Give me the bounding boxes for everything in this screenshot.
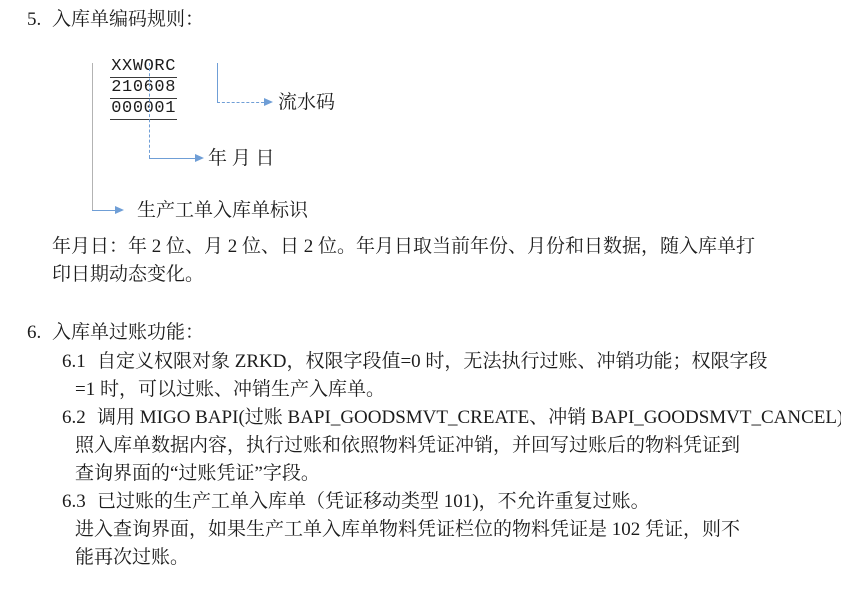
date-arrow-icon (195, 154, 204, 162)
section6-number: 6. (27, 322, 41, 344)
section6-title: 入库单过账功能： (52, 322, 204, 344)
item-6-2-line3: 查询界面的“过账凭证”字段。 (75, 463, 320, 485)
item-6-1-number: 6.1 (62, 351, 86, 373)
section5-title: 入库单编码规则： (52, 9, 204, 31)
item-6-2-line2: 照入库单数据内容，执行过账和依照物料凭证冲销，并回写过账后的物料凭证到 (75, 435, 740, 457)
serial-arrow-icon (264, 98, 273, 106)
item-6-3-number: 6.3 (62, 491, 86, 513)
item-6-1-line1: 自定义权限对象 ZRKD，权限字段值=0 时，无法执行过账、冲销功能；权限字段 (97, 351, 767, 373)
item-6-2-number: 6.2 (62, 407, 86, 429)
section5-number: 5. (27, 9, 41, 31)
date-note-line1: 年月日：年 2 位、月 2 位、日 2 位。年月日取当前年份、月份和日数据，随入… (52, 236, 755, 258)
item-6-3-line1: 已过账的生产工单入库单（凭证移动类型 101)，不允许重复过账。 (97, 491, 650, 513)
serial-connector-hline (217, 102, 264, 103)
date-connector-hline (149, 158, 195, 159)
item-6-3-line2: 进入查询界面，如果生产工单入库单物料凭证栏位的物料凭证是 102 凭证，则不 (75, 519, 740, 541)
item-6-1-line2: =1 时，可以过账、冲销生产入库单。 (75, 379, 385, 401)
item-6-3-line3: 能再次过账。 (75, 547, 189, 569)
order-id-arrow-icon (115, 206, 124, 214)
serial-callout-label: 流水码 (278, 92, 335, 114)
order-id-connector-hline (92, 210, 115, 211)
date-callout-label: 年 月 日 (208, 148, 275, 170)
date-connector-vline (149, 63, 150, 158)
order-id-connector-vline (92, 63, 93, 210)
receipt-code: XXWORC 210608 000001 (67, 38, 181, 139)
code-prefix-segment: XXWORC (110, 57, 177, 78)
code-date-segment: 210608 (110, 78, 177, 99)
item-6-2-line1: 调用 MIGO BAPI(过账 BAPI_GOODSMVT_CREATE、冲销 … (97, 407, 841, 429)
code-serial-segment: 000001 (110, 99, 177, 120)
order-id-callout-label: 生产工单入库单标识 (137, 200, 308, 222)
serial-connector-vline (217, 63, 218, 103)
document-page: 5. 入库单编码规则： XXWORC 210608 000001 流水码 年 月… (0, 0, 841, 608)
date-note-line2: 印日期动态变化。 (52, 264, 204, 286)
